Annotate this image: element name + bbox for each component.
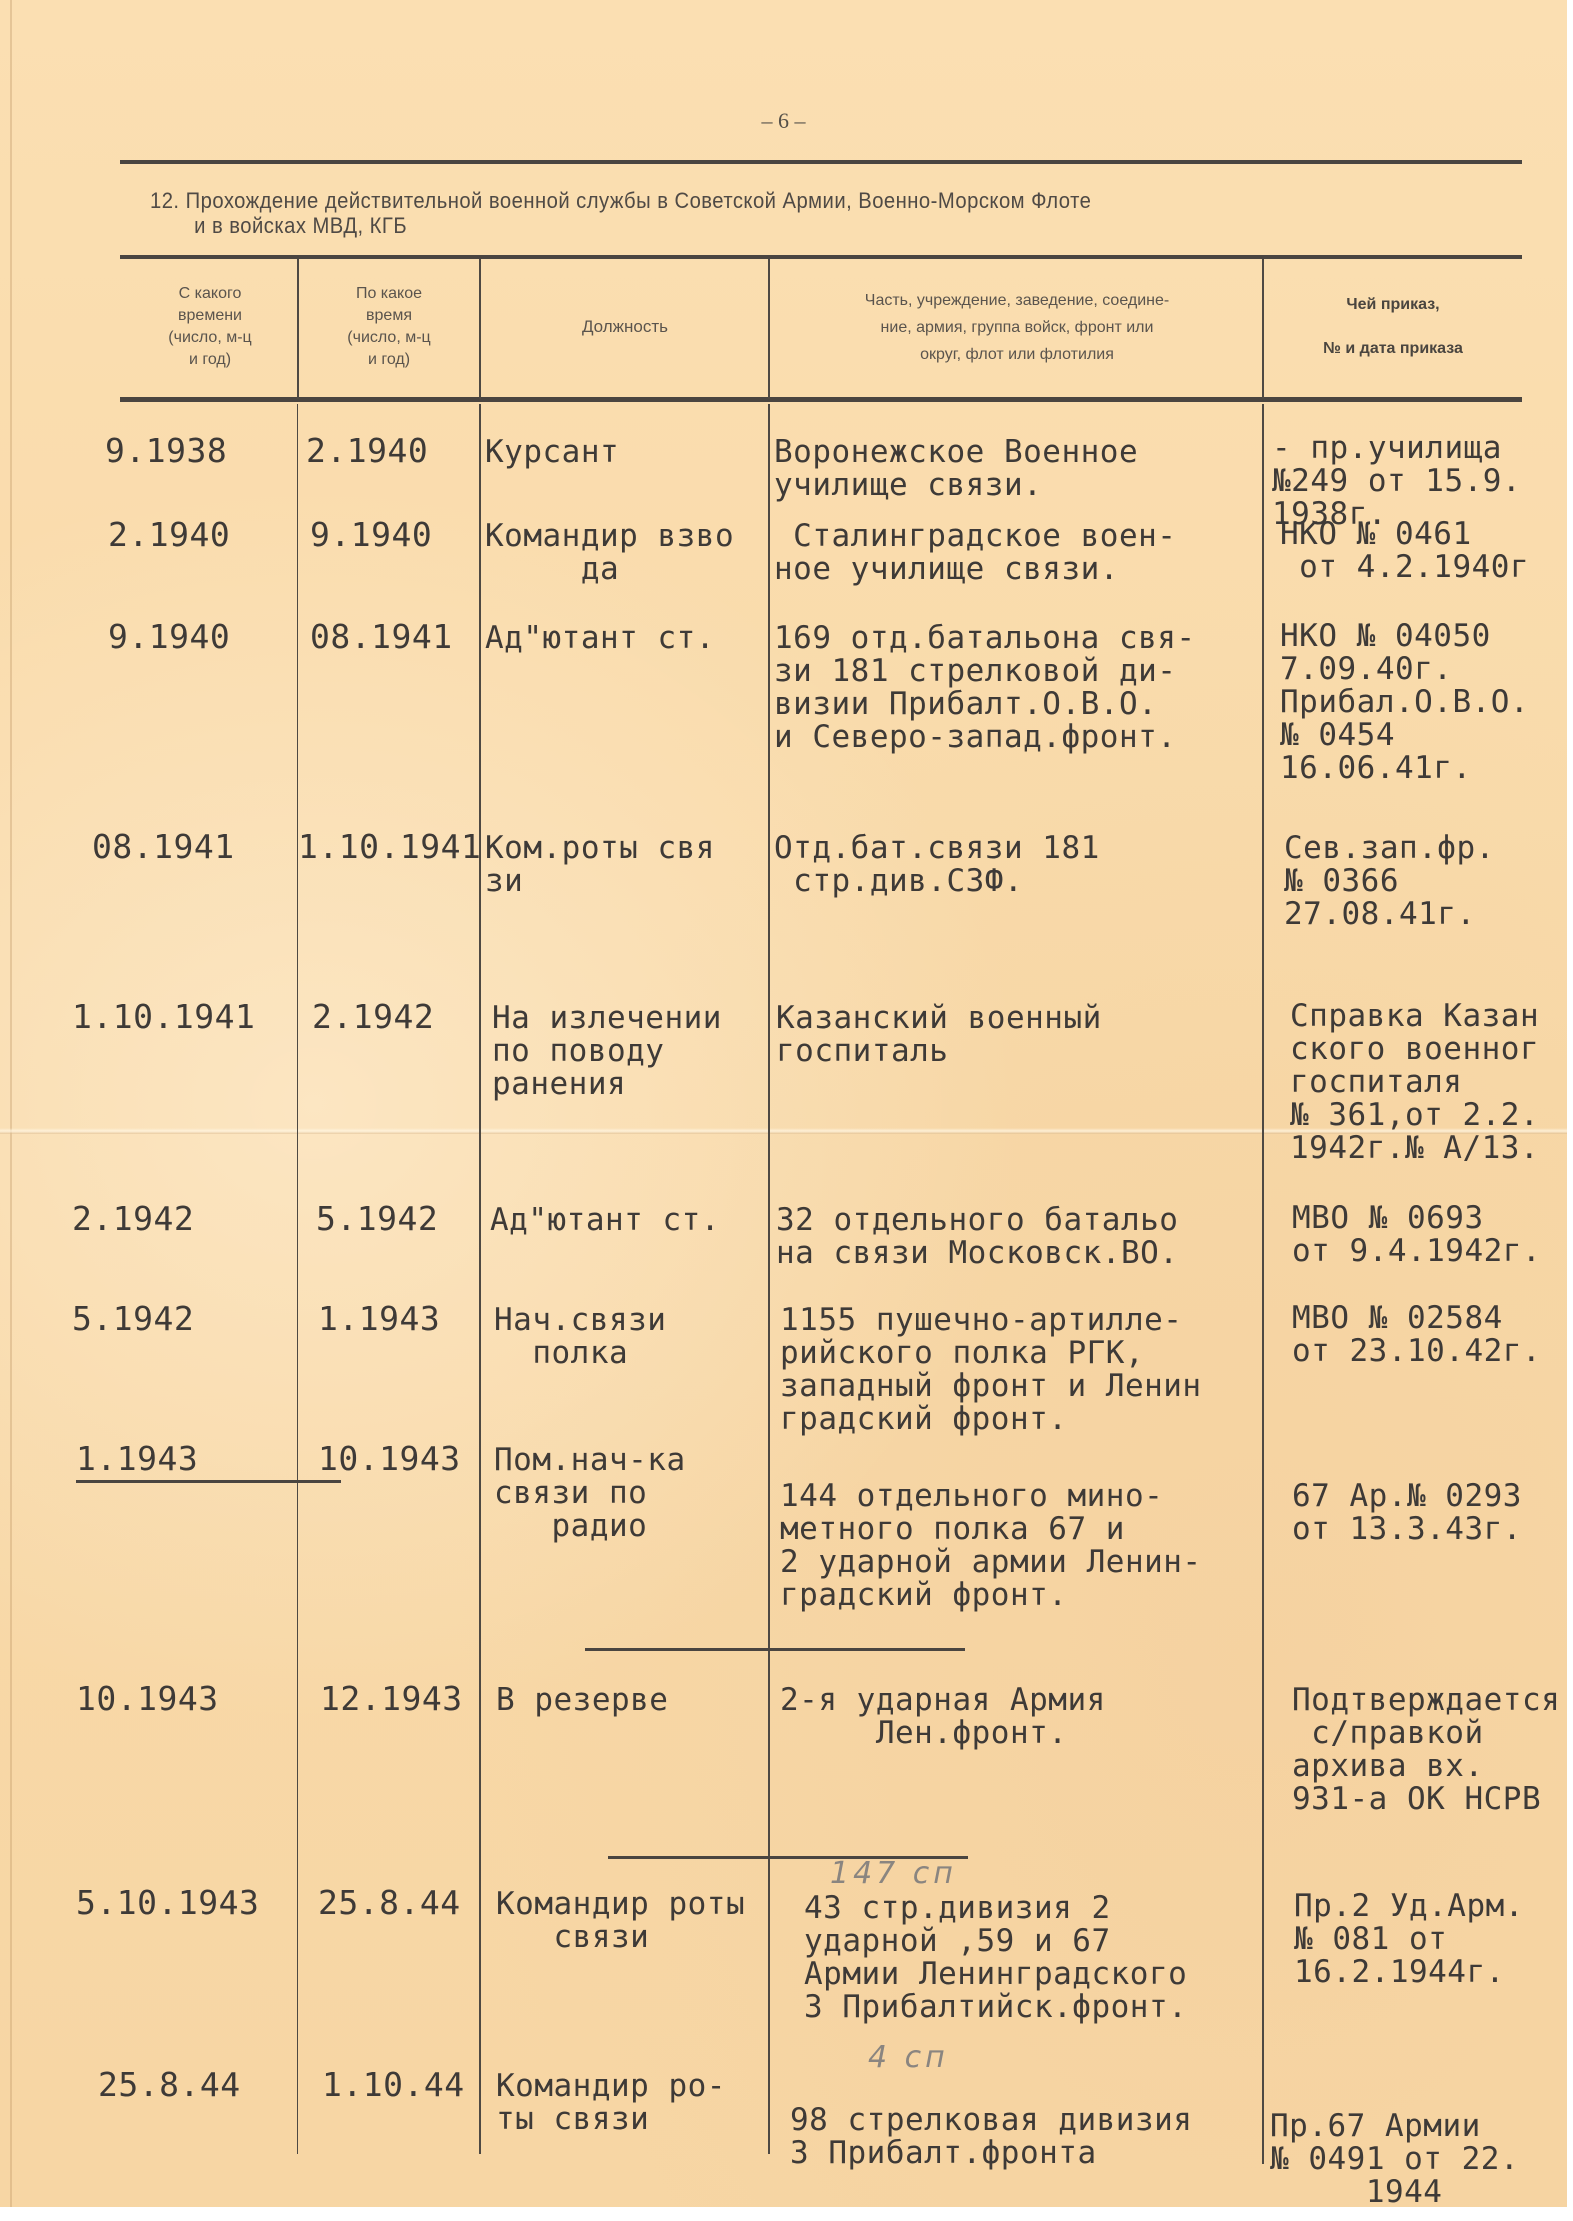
row-1-to: 2.1940: [306, 434, 428, 467]
row-2-order: НКО № 0461 от 4.2.1940г: [1280, 518, 1529, 584]
header-unit: Часть, учреждение, заведение, соедине- н…: [772, 262, 1262, 392]
row-6-position: Ад"ютант ст.: [490, 1204, 720, 1237]
row-10-from: 5.10.1943: [76, 1886, 259, 1919]
row-4-unit: Отд.бат.связи 181 стр.див.СЗФ.: [774, 832, 1100, 898]
row-5-from: 1.10.1941: [72, 1000, 255, 1033]
row-6-from: 2.1942: [72, 1202, 194, 1235]
column-divider-2: [479, 404, 481, 2154]
row-8-to: 10.1943: [318, 1442, 461, 1475]
header-top-rule: [120, 255, 1522, 259]
row-4-order: Сев.зап.фр. № 0366 27.08.41г.: [1284, 832, 1495, 931]
row-7-from: 5.1942: [72, 1302, 194, 1335]
page-number: – 6 –: [0, 108, 1567, 134]
row-4-to: 1.10.1941: [298, 830, 481, 863]
row-10-position: Командир роты связи: [496, 1888, 745, 1954]
row-2-to: 9.1940: [310, 518, 432, 551]
row-3-order: НКО № 04050 7.09.40г. Прибал.О.В.О. № 04…: [1280, 620, 1529, 785]
row-4-position: Ком.роты свя зи: [485, 832, 715, 898]
row-8-unit: 144 отдельного мино- метного полка 67 и …: [780, 1480, 1202, 1612]
row-10-to: 25.8.44: [318, 1886, 461, 1919]
row-8-from: 1.1943: [76, 1442, 198, 1475]
row-9-position: В резерве: [496, 1684, 668, 1717]
row-7-unit: 1155 пушечно-артилле- рийского полка РГК…: [780, 1304, 1202, 1436]
row-6-to: 5.1942: [316, 1202, 438, 1235]
row-5-unit: Казанский военный госпиталь: [776, 1002, 1102, 1068]
handwritten-underline: [76, 1480, 341, 1483]
row-8-position: Пом.нач-ка связи по радио: [494, 1444, 686, 1543]
row-7-order: МВО № 02584 от 23.10.42г.: [1292, 1302, 1541, 1368]
column-divider-2-header: [479, 259, 481, 399]
column-divider-1-header: [297, 259, 299, 399]
section-title-line-1: 12. Прохождение действительной военной с…: [150, 188, 1420, 213]
row-3-unit: 169 отд.батальона свя- зи 181 стрелковой…: [774, 622, 1196, 754]
row-10-order: Пр.2 Уд.Арм. № 081 от 16.2.1944г.: [1294, 1890, 1524, 1989]
row-3-from: 9.1940: [108, 620, 230, 653]
row-3-to: 08.1941: [310, 620, 453, 653]
header-position: Должность: [482, 262, 768, 392]
row-8-order: 67 Ар.№ 0293 от 13.3.43г.: [1292, 1480, 1522, 1546]
paper-left-edge: [10, 0, 12, 2207]
row-2-from: 2.1940: [108, 518, 230, 551]
section-title: 12. Прохождение действительной военной с…: [150, 188, 1420, 238]
top-rule: [120, 160, 1522, 164]
row-11-to: 1.10.44: [322, 2068, 465, 2101]
row-9-order: Подтверждается с/правкой архива вх. 931-…: [1292, 1684, 1560, 1816]
handwritten-note-147: 147 сп: [830, 1856, 957, 1891]
row-7-to: 1.1943: [318, 1302, 440, 1335]
row-9-to: 12.1943: [320, 1682, 463, 1715]
row-separator-mark: [585, 1648, 965, 1651]
column-divider-3-header: [768, 259, 770, 399]
row-1-from: 9.1938: [105, 434, 227, 467]
column-divider-1: [297, 404, 298, 2154]
header-bottom-rule: [120, 397, 1522, 402]
header-to-date: По какое время (число, м-ц и год): [300, 262, 478, 392]
row-9-unit: 2-я ударная Армия Лен.фронт.: [780, 1684, 1106, 1750]
row-5-position: На излечении по поводу ранения: [492, 1002, 722, 1101]
row-5-to: 2.1942: [312, 1000, 434, 1033]
column-divider-3: [768, 404, 770, 2154]
row-6-order: МВО № 0693 от 9.4.1942г.: [1292, 1202, 1541, 1268]
column-divider-4: [1262, 404, 1264, 2164]
section-title-line-2: и в войсках МВД, КГБ: [150, 213, 1420, 238]
row-1-position: Курсант: [485, 436, 619, 469]
row-6-unit: 32 отдельного батальо на связи Московск.…: [776, 1204, 1178, 1270]
row-10-unit: 43 стр.дивизия 2 ударной ,59 и 67 Армии …: [804, 1892, 1187, 2024]
row-11-unit: 98 стрелковая дивизия 3 Прибалт.фронта: [790, 2104, 1192, 2170]
row-11-position: Командир ро- ты связи: [496, 2070, 726, 2136]
row-5-order: Справка Казан ского военног госпиталя № …: [1290, 1000, 1539, 1165]
row-1-unit: Воронежское Военное училище связи.: [774, 436, 1138, 502]
row-11-order: Пр.67 Армии № 0491 от 22. 1944: [1270, 2110, 1519, 2209]
handwritten-note-4: 4 сп: [868, 2040, 949, 2075]
row-3-position: Ад"ютант ст.: [485, 622, 715, 655]
header-order: Чей приказ, № и дата приказа: [1264, 262, 1522, 392]
row-2-position: Командир взво да: [485, 520, 734, 586]
row-11-from: 25.8.44: [98, 2068, 241, 2101]
row-2-unit: Сталинградское воен- ное училище связи.: [774, 520, 1176, 586]
header-from-date: С какого времени (число, м-ц и год): [125, 262, 295, 392]
row-4-from: 08.1941: [92, 830, 235, 863]
row-9-from: 10.1943: [76, 1682, 219, 1715]
column-divider-4-header: [1262, 259, 1264, 399]
row-7-position: Нач.связи полка: [494, 1304, 666, 1370]
